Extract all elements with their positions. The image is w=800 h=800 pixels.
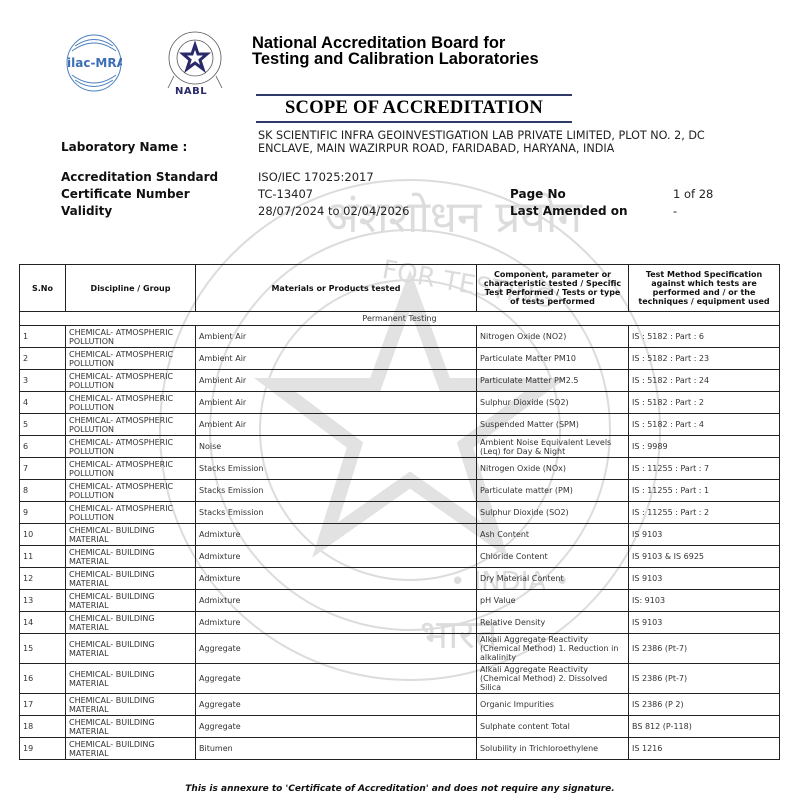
footer-note: This is annexure to 'Certificate of Accr… (0, 784, 800, 794)
cell-discipline: CHEMICAL- BUILDING MATERIAL (66, 546, 196, 568)
table-body: Permanent Testing 1CHEMICAL- ATMOSPHERIC… (20, 312, 780, 760)
table-row: 15CHEMICAL- BUILDING MATERIALAggregateAl… (20, 634, 780, 664)
cell-discipline: CHEMICAL- BUILDING MATERIAL (66, 568, 196, 590)
cell-sno: 9 (20, 502, 66, 524)
cell-material: Stacks Emission (196, 502, 477, 524)
cell-material: Aggregate (196, 694, 477, 716)
cell-method: IS 1216 (629, 738, 780, 760)
cell-component: Sulphur Dioxide (SO2) (477, 392, 629, 414)
cell-material: Aggregate (196, 664, 477, 694)
cell-method: IS : 11255 : Part : 1 (629, 480, 780, 502)
cell-component: Particulate Matter PM10 (477, 348, 629, 370)
cell-sno: 7 (20, 458, 66, 480)
cell-method: IS 2386 (P 2) (629, 694, 780, 716)
cell-component: Dry Material Content (477, 568, 629, 590)
cell-sno: 6 (20, 436, 66, 458)
cell-component: Sulphur Dioxide (SO2) (477, 502, 629, 524)
cell-material: Stacks Emission (196, 458, 477, 480)
cell-discipline: CHEMICAL- BUILDING MATERIAL (66, 612, 196, 634)
cell-material: Ambient Air (196, 370, 477, 392)
cell-component: Organic Impurities (477, 694, 629, 716)
page-no-value: 1 of 28 (673, 188, 713, 200)
header-component: Component, parameter or characteristic t… (477, 265, 629, 312)
cell-method: IS 9103 & IS 6925 (629, 546, 780, 568)
certificate-label: Certificate Number (61, 188, 190, 200)
cell-discipline: CHEMICAL- BUILDING MATERIAL (66, 716, 196, 738)
cell-component: Ambient Noise Equivalent Levels (Leq) fo… (477, 436, 629, 458)
cell-discipline: CHEMICAL- BUILDING MATERIAL (66, 664, 196, 694)
cell-material: Bitumen (196, 738, 477, 760)
cell-method: IS : 11255 : Part : 7 (629, 458, 780, 480)
header-materials: Materials or Products tested (196, 265, 477, 312)
svg-text:ilac-MRA: ilac-MRA (67, 56, 122, 70)
cell-component: Relative Density (477, 612, 629, 634)
standard-label: Accreditation Standard (61, 171, 218, 183)
header-test-method: Test Method Specification against which … (629, 265, 780, 312)
cell-component: Nitrogen Oxide (NO2) (477, 326, 629, 348)
scope-title: SCOPE OF ACCREDITATION (285, 98, 543, 118)
cell-method: IS : 5182 : Part : 6 (629, 326, 780, 348)
cell-sno: 13 (20, 590, 66, 612)
cell-method: IS : 5182 : Part : 24 (629, 370, 780, 392)
cell-method: IS : 5182 : Part : 4 (629, 414, 780, 436)
scope-table: S.No Discipline / Group Materials or Pro… (19, 264, 780, 760)
last-amended-label: Last Amended on (510, 205, 628, 217)
nabl-logo-text: NABL (175, 86, 207, 97)
cell-discipline: CHEMICAL- BUILDING MATERIAL (66, 524, 196, 546)
table-row: 16CHEMICAL- BUILDING MATERIALAggregateAl… (20, 664, 780, 694)
cell-method: IS 9103 (629, 524, 780, 546)
cell-sno: 5 (20, 414, 66, 436)
table-row: 9CHEMICAL- ATMOSPHERIC POLLUTIONStacks E… (20, 502, 780, 524)
cell-sno: 12 (20, 568, 66, 590)
cell-material: Ambient Air (196, 392, 477, 414)
cell-sno: 2 (20, 348, 66, 370)
cell-discipline: CHEMICAL- ATMOSPHERIC POLLUTION (66, 458, 196, 480)
page-no-label: Page No (510, 188, 566, 200)
table-row: 2CHEMICAL- ATMOSPHERIC POLLUTIONAmbient … (20, 348, 780, 370)
cell-discipline: CHEMICAL- BUILDING MATERIAL (66, 634, 196, 664)
cell-sno: 3 (20, 370, 66, 392)
table-row: 18CHEMICAL- BUILDING MATERIALAggregateSu… (20, 716, 780, 738)
cell-component: Alkali Aggregate Reactivity (Chemical Me… (477, 664, 629, 694)
cell-method: IS 9103 (629, 612, 780, 634)
cell-sno: 8 (20, 480, 66, 502)
cell-material: Ambient Air (196, 326, 477, 348)
cell-method: IS 9103 (629, 568, 780, 590)
cell-sno: 19 (20, 738, 66, 760)
cell-component: Solubility in Trichloroethylene (477, 738, 629, 760)
org-title-line1: National Accreditation Board for (252, 35, 539, 51)
cell-material: Aggregate (196, 716, 477, 738)
ilac-mra-logo: ilac-MRA (66, 33, 122, 93)
table-row: 12CHEMICAL- BUILDING MATERIALAdmixtureDr… (20, 568, 780, 590)
cell-discipline: CHEMICAL- ATMOSPHERIC POLLUTION (66, 414, 196, 436)
table-row: 4CHEMICAL- ATMOSPHERIC POLLUTIONAmbient … (20, 392, 780, 414)
table-row: 10CHEMICAL- BUILDING MATERIALAdmixtureAs… (20, 524, 780, 546)
table-row: 7CHEMICAL- ATMOSPHERIC POLLUTIONStacks E… (20, 458, 780, 480)
header-sno: S.No (20, 265, 66, 312)
table-row: 11CHEMICAL- BUILDING MATERIALAdmixtureCh… (20, 546, 780, 568)
cell-discipline: CHEMICAL- ATMOSPHERIC POLLUTION (66, 348, 196, 370)
cell-method: IS : 5182 : Part : 2 (629, 392, 780, 414)
section-row: Permanent Testing (20, 312, 780, 326)
last-amended-value: - (673, 205, 677, 217)
cell-material: Admixture (196, 546, 477, 568)
certificate-value: TC-13407 (258, 188, 313, 200)
standard-value: ISO/IEC 17025:2017 (258, 171, 374, 183)
cell-method: IS : 5182 : Part : 23 (629, 348, 780, 370)
cell-sno: 16 (20, 664, 66, 694)
cell-component: Nitrogen Oxide (NOx) (477, 458, 629, 480)
table-row: 3CHEMICAL- ATMOSPHERIC POLLUTIONAmbient … (20, 370, 780, 392)
cell-sno: 18 (20, 716, 66, 738)
cell-method: IS 2386 (Pt-7) (629, 634, 780, 664)
table-row: 5CHEMICAL- ATMOSPHERIC POLLUTIONAmbient … (20, 414, 780, 436)
table-row: 8CHEMICAL- ATMOSPHERIC POLLUTIONStacks E… (20, 480, 780, 502)
table-row: 6CHEMICAL- ATMOSPHERIC POLLUTIONNoiseAmb… (20, 436, 780, 458)
cell-sno: 11 (20, 546, 66, 568)
header-discipline: Discipline / Group (66, 265, 196, 312)
cell-component: pH Value (477, 590, 629, 612)
lab-name-label: Laboratory Name : (61, 141, 187, 153)
cell-component: Chloride Content (477, 546, 629, 568)
cell-discipline: CHEMICAL- ATMOSPHERIC POLLUTION (66, 326, 196, 348)
cell-sno: 15 (20, 634, 66, 664)
cell-discipline: CHEMICAL- ATMOSPHERIC POLLUTION (66, 502, 196, 524)
cell-material: Ambient Air (196, 414, 477, 436)
table-row: 19CHEMICAL- BUILDING MATERIALBitumenSolu… (20, 738, 780, 760)
section-label: Permanent Testing (20, 312, 780, 326)
cell-component: Particulate matter (PM) (477, 480, 629, 502)
cell-sno: 4 (20, 392, 66, 414)
cell-method: IS : 11255 : Part : 2 (629, 502, 780, 524)
cell-sno: 14 (20, 612, 66, 634)
cell-discipline: CHEMICAL- ATMOSPHERIC POLLUTION (66, 392, 196, 414)
validity-label: Validity (61, 205, 112, 217)
cell-material: Admixture (196, 612, 477, 634)
cell-method: BS 812 (P-118) (629, 716, 780, 738)
cell-sno: 1 (20, 326, 66, 348)
cell-component: Sulphate content Total (477, 716, 629, 738)
cell-discipline: CHEMICAL- ATMOSPHERIC POLLUTION (66, 480, 196, 502)
cell-material: Aggregate (196, 634, 477, 664)
cell-component: Ash Content (477, 524, 629, 546)
cell-material: Noise (196, 436, 477, 458)
cell-sno: 17 (20, 694, 66, 716)
org-title-line2: Testing and Calibration Laboratories (252, 51, 539, 67)
cell-component: Particulate Matter PM2.5 (477, 370, 629, 392)
table-row: 13CHEMICAL- BUILDING MATERIALAdmixturepH… (20, 590, 780, 612)
table-row: 17CHEMICAL- BUILDING MATERIALAggregateOr… (20, 694, 780, 716)
cell-method: IS : 9989 (629, 436, 780, 458)
cell-discipline: CHEMICAL- ATMOSPHERIC POLLUTION (66, 436, 196, 458)
cell-component: Alkali Aggregate Reactivity (Chemical Me… (477, 634, 629, 664)
organization-title: National Accreditation Board for Testing… (252, 35, 539, 67)
lab-name-value: SK SCIENTIFIC INFRA GEOINVESTIGATION LAB… (258, 130, 738, 155)
validity-value: 28/07/2024 to 02/04/2026 (258, 205, 409, 217)
table-row: 1CHEMICAL- ATMOSPHERIC POLLUTIONAmbient … (20, 326, 780, 348)
cell-method: IS: 9103 (629, 590, 780, 612)
cell-material: Admixture (196, 590, 477, 612)
cell-discipline: CHEMICAL- ATMOSPHERIC POLLUTION (66, 370, 196, 392)
table-row: 14CHEMICAL- BUILDING MATERIALAdmixtureRe… (20, 612, 780, 634)
cell-discipline: CHEMICAL- BUILDING MATERIAL (66, 738, 196, 760)
cell-component: Suspended Matter (SPM) (477, 414, 629, 436)
cell-material: Stacks Emission (196, 480, 477, 502)
table-header-row: S.No Discipline / Group Materials or Pro… (20, 265, 780, 312)
cell-discipline: CHEMICAL- BUILDING MATERIAL (66, 590, 196, 612)
cell-material: Admixture (196, 568, 477, 590)
cell-method: IS 2386 (Pt-7) (629, 664, 780, 694)
cell-material: Ambient Air (196, 348, 477, 370)
cell-sno: 10 (20, 524, 66, 546)
cell-material: Admixture (196, 524, 477, 546)
cell-discipline: CHEMICAL- BUILDING MATERIAL (66, 694, 196, 716)
scope-heading: SCOPE OF ACCREDITATION (256, 94, 572, 123)
